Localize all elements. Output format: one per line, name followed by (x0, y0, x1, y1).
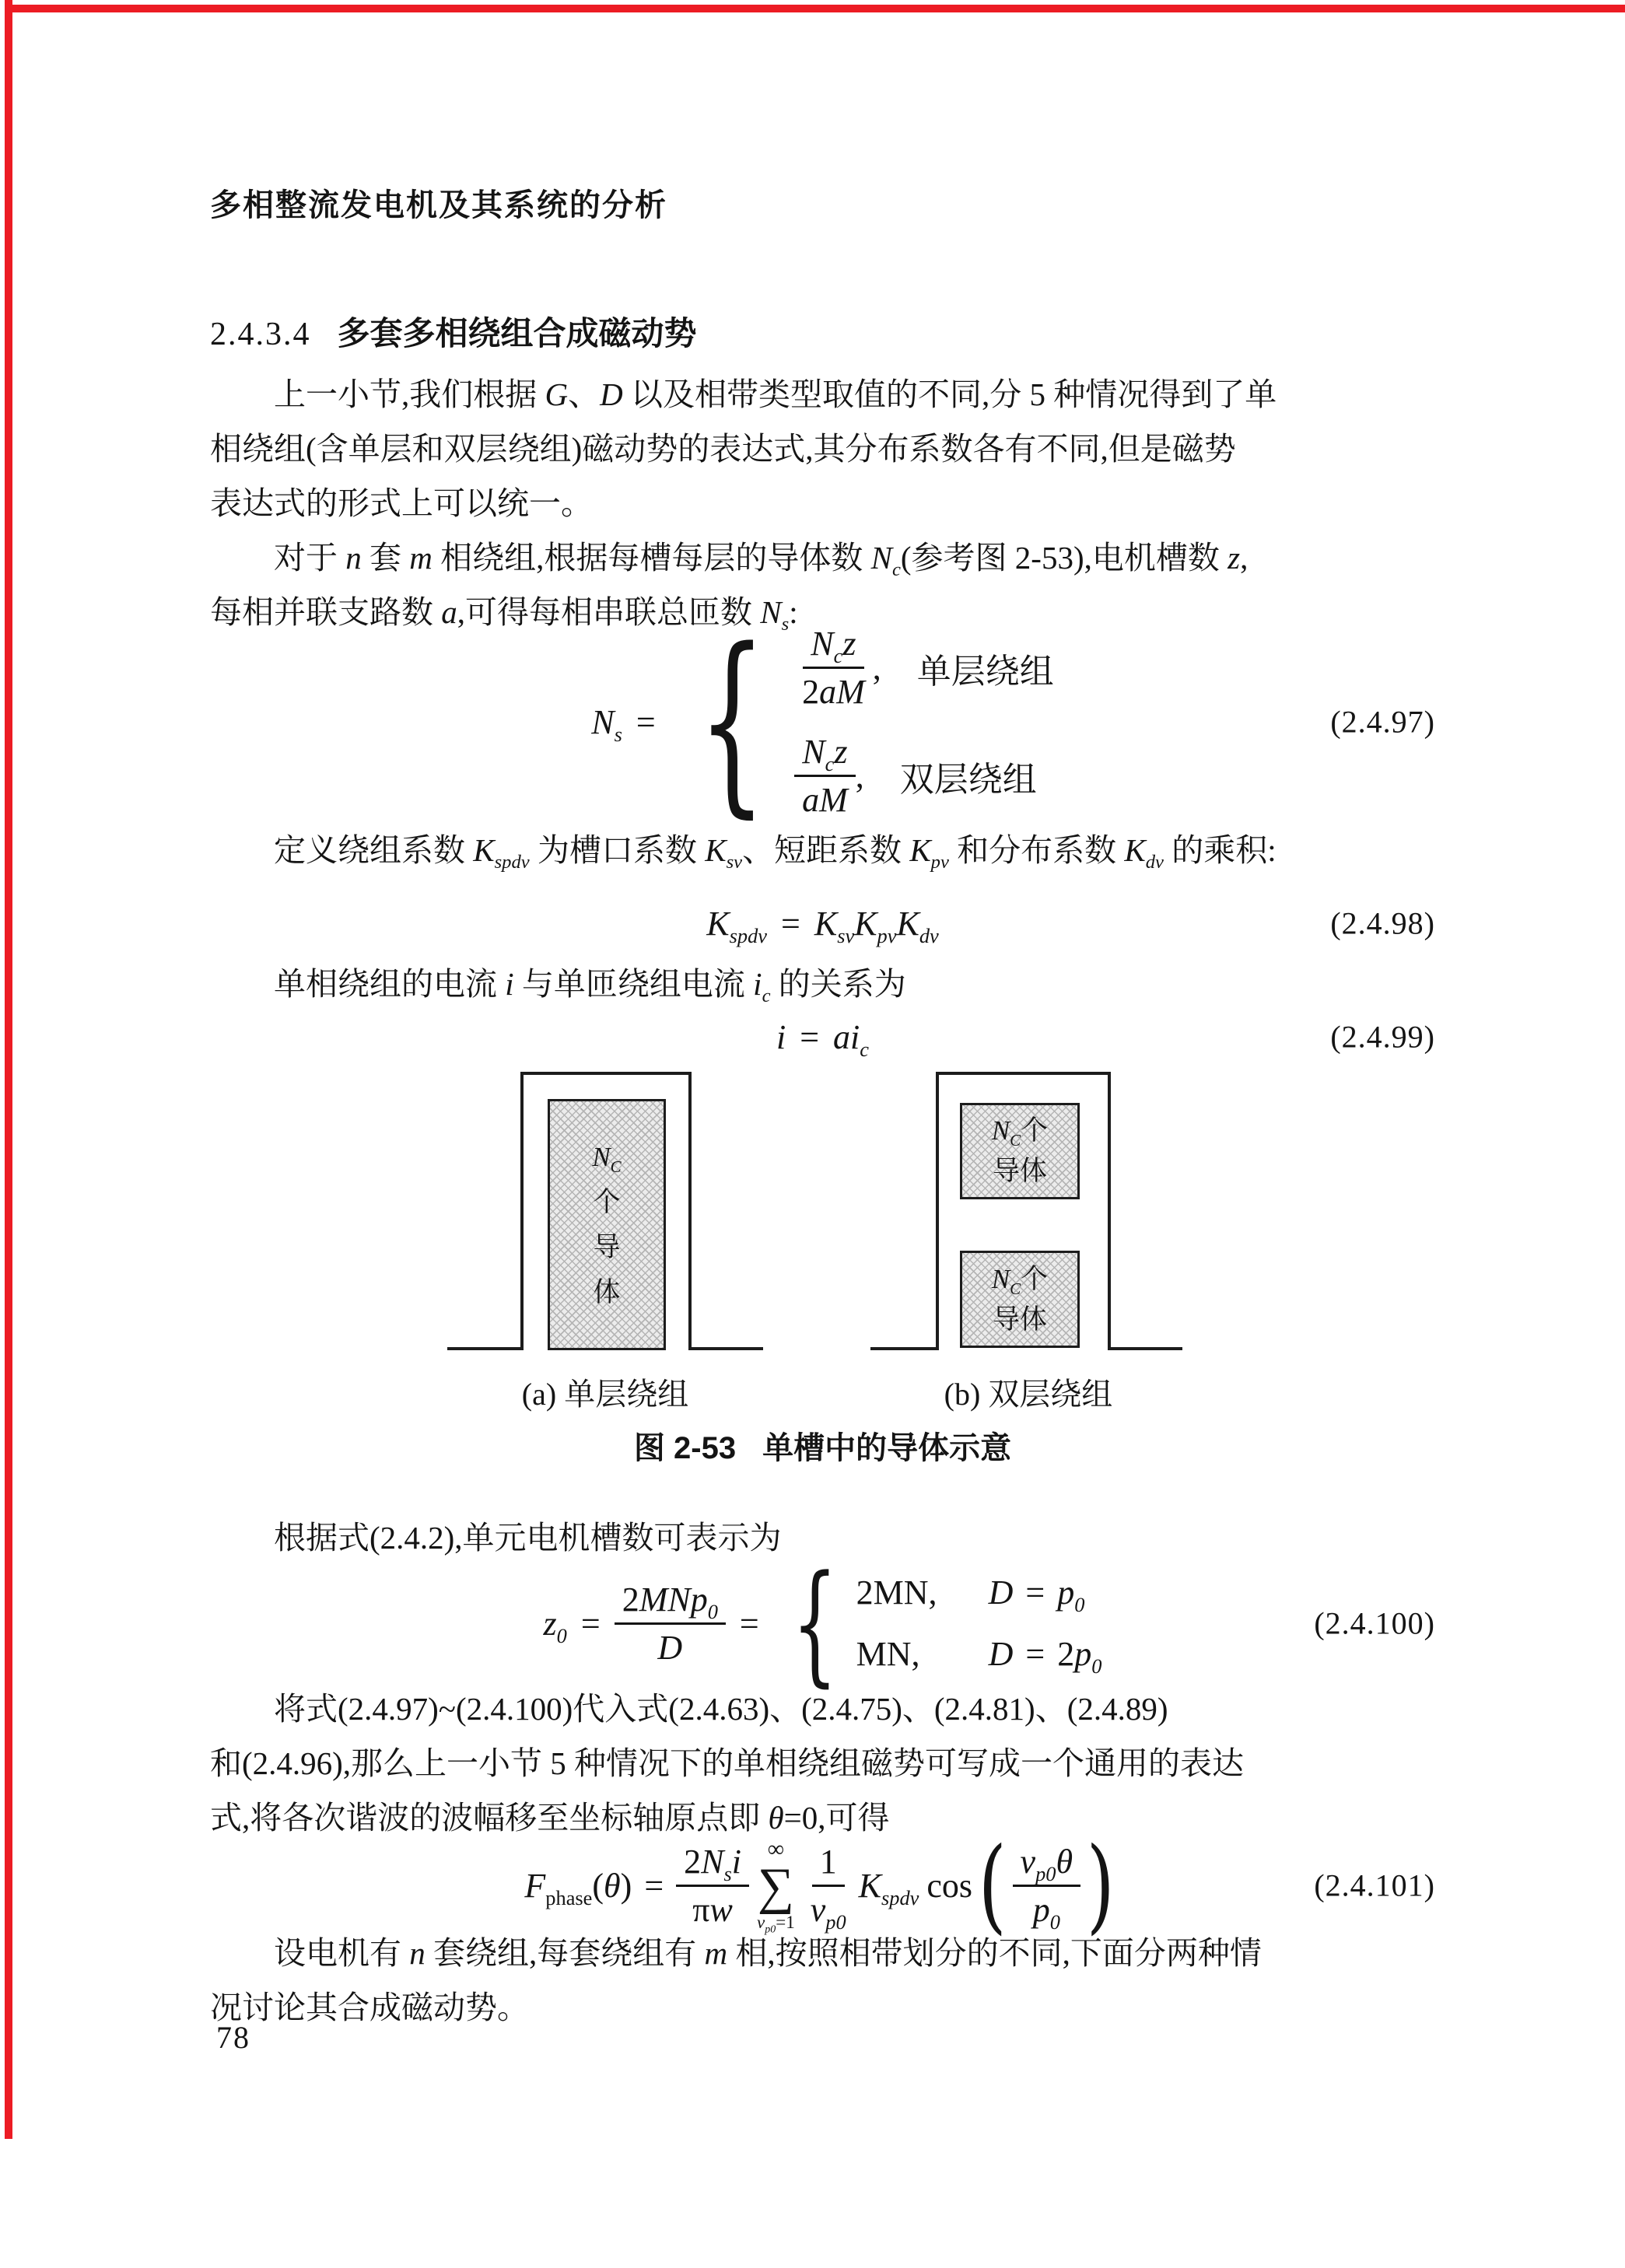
running-head-title: 多相整流发电机及其系统的分析 (210, 185, 1435, 226)
body-line: 表达式的形式上可以统一。 (210, 476, 1435, 530)
case-label: 双层绕组 (900, 751, 1037, 801)
equals-sign: = (636, 702, 656, 742)
var-m: m (705, 1935, 728, 1971)
book-page: 多相整流发电机及其系统的分析 2.4.3.4多套多相绕组合成磁动势 上一小节,我… (0, 0, 1625, 2268)
eq97-lhs: Ns (591, 702, 622, 742)
conductor-block-lower: NC个导体 (960, 1251, 1080, 1348)
red-margin-line-left (5, 0, 12, 2139)
cases-brace: { (698, 639, 766, 804)
body-line: 上一小节,我们根据 G、D 以及相带类型取值的不同,分 5 种情况得到了单 (210, 367, 1435, 422)
var-z: z (1228, 540, 1240, 576)
var-Kpv: Kpv (909, 832, 949, 868)
var-a: a (441, 594, 457, 630)
conductor-count-symbol: NC (592, 1137, 621, 1178)
body-line: 单相绕组的电流 i 与单匝绕组电流 ic 的关系为 (210, 957, 1435, 1011)
equals-sign: = (740, 1604, 759, 1643)
body-line: 定义绕组系数 Kspdv 为槽口系数 Ksv、短距系数 Kpv 和分布系数 Kd… (210, 823, 1435, 877)
summation: ∞ ∑ vp0=1 (757, 1838, 795, 1933)
section-title: 多套多相绕组合成磁动势 (338, 317, 697, 352)
conductor-block-upper: NC个导体 (960, 1103, 1080, 1199)
red-margin-line-top (12, 5, 1625, 12)
fraction: Ncz 2aM (794, 624, 873, 712)
section-heading: 2.4.3.4多套多相绕组合成磁动势 (210, 313, 1435, 356)
equation-number: (2.4.98) (1330, 905, 1435, 942)
equation-2-4-101: Fphase (θ) = 2Nsi πw ∞ ∑ vp0=1 1 vp0 Ksp… (210, 1845, 1435, 1926)
var-i: i (505, 966, 513, 1002)
var-Kdv: Kdv (1124, 832, 1164, 868)
conductor-block-single: NC 个 导 体 (548, 1099, 666, 1350)
var-Nc: Nc (871, 540, 901, 576)
right-paren: ) (1087, 1846, 1115, 1924)
case-row: MN, D = 2p0 (856, 1634, 1102, 1674)
page-number: 78 (216, 2019, 250, 2056)
var-Ksv: Ksv (705, 832, 742, 868)
case-single-layer: Ncz 2aM , 单层绕组 (794, 624, 1054, 712)
var-Kspdv: Kspdv (473, 832, 529, 868)
equation-number: (2.4.97) (1330, 704, 1435, 740)
section-number: 2.4.3.4 (210, 317, 311, 352)
cases-brace: { (792, 1565, 838, 1682)
equation-2-4-99: i = aic (2.4.99) (210, 1017, 1435, 1056)
equation-2-4-97: Ns = { Ncz 2aM , 单层绕组 Ncz aM , 双层绕组 (2.4… (210, 639, 1435, 804)
fraction: 2Nsi πw (676, 1842, 749, 1930)
subfigure-caption-b: (b) 双层绕组 (870, 1370, 1186, 1414)
var-theta: θ (769, 1800, 784, 1836)
body-line: 设电机有 n 套绕组,每套绕组有 m 相,按照相带划分的不同,下面分两种情 (210, 1926, 1435, 1980)
var-D: D (600, 376, 623, 412)
case-label: 单层绕组 (917, 643, 1054, 693)
equals-sign: = (781, 904, 800, 943)
body-line: 和(2.4.96),那么上一小节 5 种情况下的单相绕组磁势可写成一个通用的表达 (210, 1736, 1435, 1790)
fraction: vp0θ p0 (1013, 1842, 1081, 1930)
case-row: 2MN, D = p0 (856, 1573, 1102, 1612)
var-n: n (409, 1935, 426, 1971)
figure-caption: 图 2-53单槽中的导体示意 (210, 1423, 1435, 1468)
subfigure-caption-a: (a) 单层绕组 (447, 1370, 763, 1414)
equation-number: (2.4.101) (1314, 1867, 1435, 1904)
figure-2-53: NC 个 导 体 NC个导体 NC个导体 (a) 单层绕组 (b) 双层绕组 图… (210, 1072, 1435, 1468)
var-m: m (409, 540, 433, 576)
equals-sign: = (581, 1604, 601, 1643)
body-line: 对于 n 套 m 相绕组,根据每槽每层的导体数 Nc(参考图 2-53),电机槽… (210, 530, 1435, 585)
equation-number: (2.4.99) (1330, 1019, 1435, 1055)
fraction: Ncz aM (794, 732, 856, 820)
var-G: G (545, 376, 569, 412)
fraction: 1 vp0 (803, 1842, 854, 1930)
equation-number: (2.4.100) (1314, 1605, 1435, 1642)
var-n: n (345, 540, 362, 576)
body-line: 况讨论其合成磁动势。 (210, 1980, 1435, 2035)
conductor-count-symbol: NC (992, 1115, 1021, 1146)
body-line: 式,将各次谐波的波幅移至坐标轴原点即 θ=0,可得 (210, 1790, 1435, 1845)
var-ic: ic (753, 966, 770, 1002)
equals-sign: = (644, 1866, 664, 1906)
case-double-layer: Ncz aM , 双层绕组 (794, 732, 1054, 820)
equation-2-4-98: Kspdv = Ksv Kpv Kdv (2.4.98) (210, 896, 1435, 950)
conductor-count-symbol: NC (992, 1264, 1021, 1294)
equation-2-4-100: z0 = 2MNp0 D = { 2MN, D = p0 MN, D = 2p0… (210, 1565, 1435, 1682)
fraction: 2MNp0 D (615, 1580, 726, 1668)
equals-sign: = (800, 1017, 819, 1057)
body-line: 相绕组(含单层和双层绕组)磁动势的表达式,其分布系数各有不同,但是磁势 (210, 422, 1435, 476)
cos-operator: cos (926, 1866, 972, 1906)
left-paren: ( (979, 1846, 1007, 1924)
